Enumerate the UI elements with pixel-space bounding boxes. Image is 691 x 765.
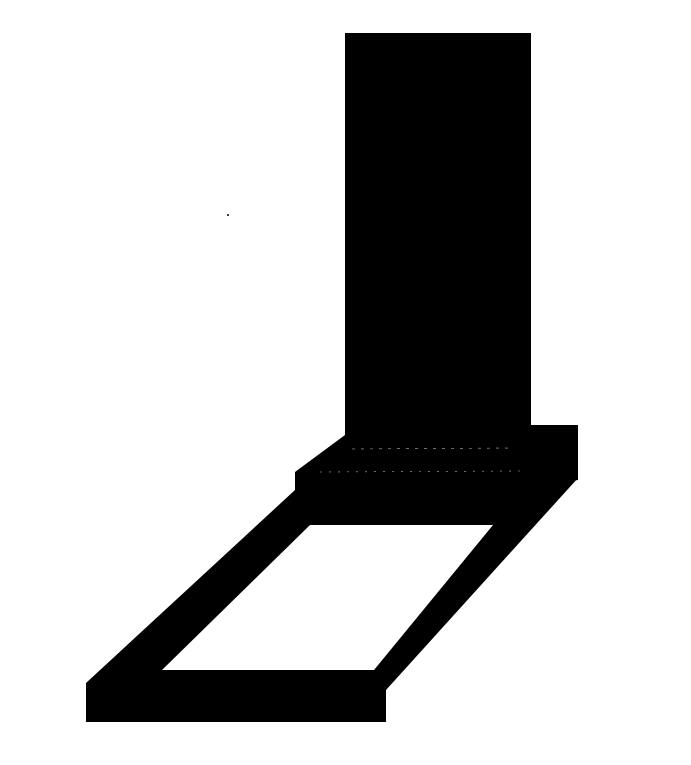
tombstone-drawing: [0, 0, 691, 765]
headstone: [345, 33, 531, 463]
stray-dot: [227, 214, 229, 216]
